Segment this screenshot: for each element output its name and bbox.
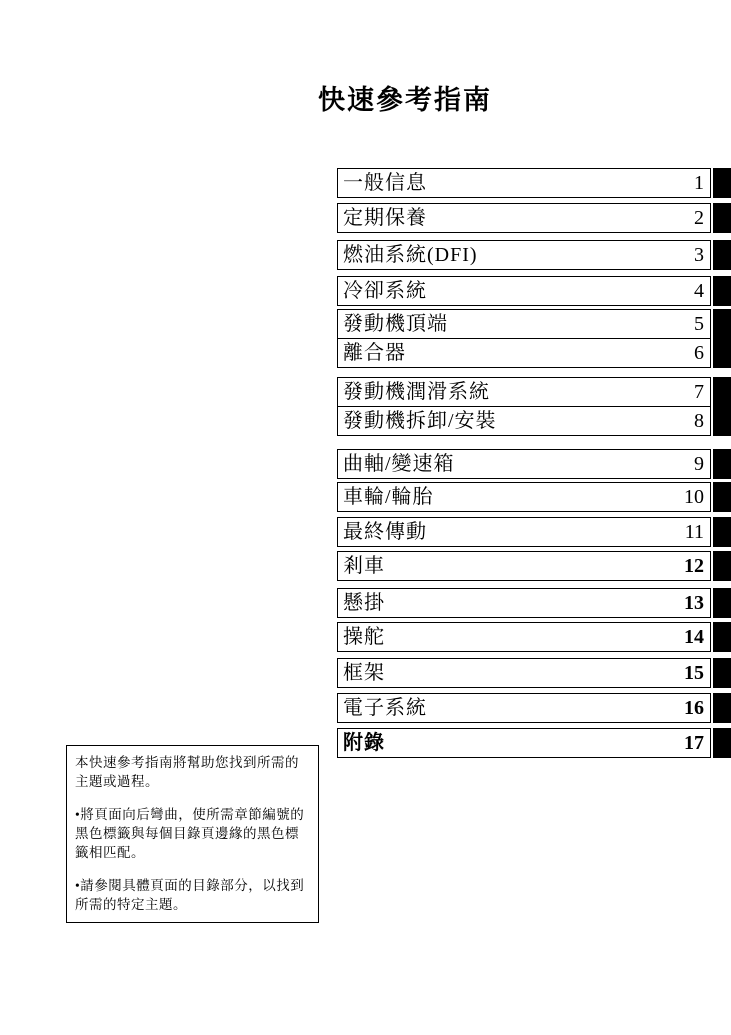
chapter-number: 15 bbox=[684, 663, 704, 683]
chapter-box: 發動機頂端 5 bbox=[337, 309, 711, 339]
chapter-label: 懸掛 bbox=[343, 593, 385, 613]
chapter-tab-icon bbox=[713, 203, 731, 233]
chapter-tab-icon bbox=[713, 338, 731, 368]
chapter-label: 電子系統 bbox=[343, 698, 427, 718]
chapter-box: 定期保養 2 bbox=[337, 203, 711, 233]
chapter-number: 4 bbox=[694, 281, 704, 301]
chapter-tab-icon bbox=[713, 309, 731, 339]
chapter-number: 11 bbox=[685, 522, 704, 542]
chapter-tab-icon bbox=[713, 728, 731, 758]
chapter-tab-icon bbox=[713, 377, 731, 407]
chapter-label: 發動機拆卸/安裝 bbox=[343, 411, 497, 431]
chapter-number: 6 bbox=[694, 343, 704, 363]
chapter-box: 發動機潤滑系統 7 bbox=[337, 377, 711, 407]
toc-row: 車輪/輪胎 10 bbox=[337, 482, 731, 512]
chapter-tab-icon bbox=[713, 588, 731, 618]
toc-row: 曲軸/變速箱 9 bbox=[337, 449, 731, 479]
chapter-number: 2 bbox=[694, 208, 704, 228]
chapter-label: 框架 bbox=[343, 663, 385, 683]
toc-row: 剎車 12 bbox=[337, 551, 731, 581]
chapter-number: 7 bbox=[694, 382, 704, 402]
note-bullet-text: 將頁面向后彎曲，使所需章節編號的黑色標籤與每個目錄頁邊緣的黑色標籤相匹配。 bbox=[75, 807, 304, 860]
toc-row: 燃油系統(DFI) 3 bbox=[337, 240, 731, 270]
chapter-number: 17 bbox=[684, 733, 704, 753]
chapter-number: 8 bbox=[694, 411, 704, 431]
toc-row: 附錄 17 bbox=[337, 728, 731, 758]
chapter-box: 附錄 17 bbox=[337, 728, 711, 758]
chapter-box: 發動機拆卸/安裝 8 bbox=[337, 406, 711, 436]
chapter-number: 12 bbox=[684, 556, 704, 576]
toc-row: 電子系統 16 bbox=[337, 693, 731, 723]
chapter-label: 冷卻系統 bbox=[343, 281, 427, 301]
chapter-tab-icon bbox=[713, 517, 731, 547]
chapter-box: 車輪/輪胎 10 bbox=[337, 482, 711, 512]
chapter-tab-icon bbox=[713, 622, 731, 652]
page-title: 快速參考指南 bbox=[318, 78, 492, 117]
chapter-label: 離合器 bbox=[343, 343, 406, 363]
note-bullet: •請參閱具體頁面的目錄部分，以找到所需的特定主題。 bbox=[75, 876, 310, 914]
table-of-contents: 一般信息 1 定期保養 2 燃油系統(DFI) 3 冷卻系統 4 發動機頂端 bbox=[337, 168, 731, 758]
toc-row: 框架 15 bbox=[337, 658, 731, 688]
chapter-box: 曲軸/變速箱 9 bbox=[337, 449, 711, 479]
chapter-label: 發動機頂端 bbox=[343, 314, 448, 334]
chapter-tab-icon bbox=[713, 693, 731, 723]
chapter-label: 曲軸/變速箱 bbox=[343, 454, 455, 474]
toc-row: 最終傳動 11 bbox=[337, 517, 731, 547]
toc-row: 懸掛 13 bbox=[337, 588, 731, 618]
chapter-number: 14 bbox=[684, 627, 704, 647]
note-bullet: •將頁面向后彎曲，使所需章節編號的黑色標籤與每個目錄頁邊緣的黑色標籤相匹配。 bbox=[75, 805, 310, 862]
chapter-number: 13 bbox=[684, 593, 704, 613]
chapter-tab-icon bbox=[713, 168, 731, 198]
chapter-label: 附錄 bbox=[343, 733, 385, 753]
chapter-box: 離合器 6 bbox=[337, 338, 711, 368]
toc-row: 發動機潤滑系統 7 bbox=[337, 377, 731, 407]
chapter-label: 車輪/輪胎 bbox=[343, 487, 434, 507]
chapter-number: 16 bbox=[684, 698, 704, 718]
note-intro: 本快速參考指南將幫助您找到所需的主題或過程。 bbox=[75, 753, 310, 791]
toc-row: 定期保養 2 bbox=[337, 203, 731, 233]
note-bullet-text: 請參閱具體頁面的目錄部分，以找到所需的特定主題。 bbox=[75, 878, 304, 912]
chapter-box: 剎車 12 bbox=[337, 551, 711, 581]
chapter-box: 最終傳動 11 bbox=[337, 517, 711, 547]
chapter-label: 操舵 bbox=[343, 627, 385, 647]
toc-row: 冷卻系統 4 bbox=[337, 276, 731, 306]
chapter-box: 一般信息 1 bbox=[337, 168, 711, 198]
toc-row: 一般信息 1 bbox=[337, 168, 731, 198]
chapter-number: 9 bbox=[694, 454, 704, 474]
chapter-tab-icon bbox=[713, 551, 731, 581]
toc-row: 發動機頂端 5 bbox=[337, 309, 731, 339]
chapter-number: 5 bbox=[694, 314, 704, 334]
chapter-tab-icon bbox=[713, 276, 731, 306]
chapter-box: 操舵 14 bbox=[337, 622, 711, 652]
chapter-label: 最終傳動 bbox=[343, 522, 427, 542]
chapter-number: 3 bbox=[694, 245, 704, 265]
toc-row: 離合器 6 bbox=[337, 338, 731, 368]
chapter-tab-icon bbox=[713, 406, 731, 436]
chapter-label: 一般信息 bbox=[343, 173, 427, 193]
chapter-tab-icon bbox=[713, 240, 731, 270]
toc-row: 發動機拆卸/安裝 8 bbox=[337, 406, 731, 436]
chapter-number: 10 bbox=[684, 487, 704, 507]
note-box: 本快速參考指南將幫助您找到所需的主題或過程。 •將頁面向后彎曲，使所需章節編號的… bbox=[66, 745, 319, 923]
toc-row: 操舵 14 bbox=[337, 622, 731, 652]
chapter-label: 剎車 bbox=[343, 556, 385, 576]
chapter-number: 1 bbox=[694, 173, 704, 193]
chapter-tab-icon bbox=[713, 658, 731, 688]
chapter-box: 電子系統 16 bbox=[337, 693, 711, 723]
chapter-box: 懸掛 13 bbox=[337, 588, 711, 618]
chapter-box: 燃油系統(DFI) 3 bbox=[337, 240, 711, 270]
chapter-box: 冷卻系統 4 bbox=[337, 276, 711, 306]
chapter-label: 燃油系統(DFI) bbox=[343, 245, 478, 265]
manual-page: 快速參考指南 一般信息 1 定期保養 2 燃油系統(DFI) 3 冷卻系統 4 bbox=[0, 0, 731, 1035]
chapter-tab-icon bbox=[713, 482, 731, 512]
chapter-box: 框架 15 bbox=[337, 658, 711, 688]
chapter-label: 發動機潤滑系統 bbox=[343, 382, 490, 402]
chapter-tab-icon bbox=[713, 449, 731, 479]
chapter-label: 定期保養 bbox=[343, 208, 427, 228]
